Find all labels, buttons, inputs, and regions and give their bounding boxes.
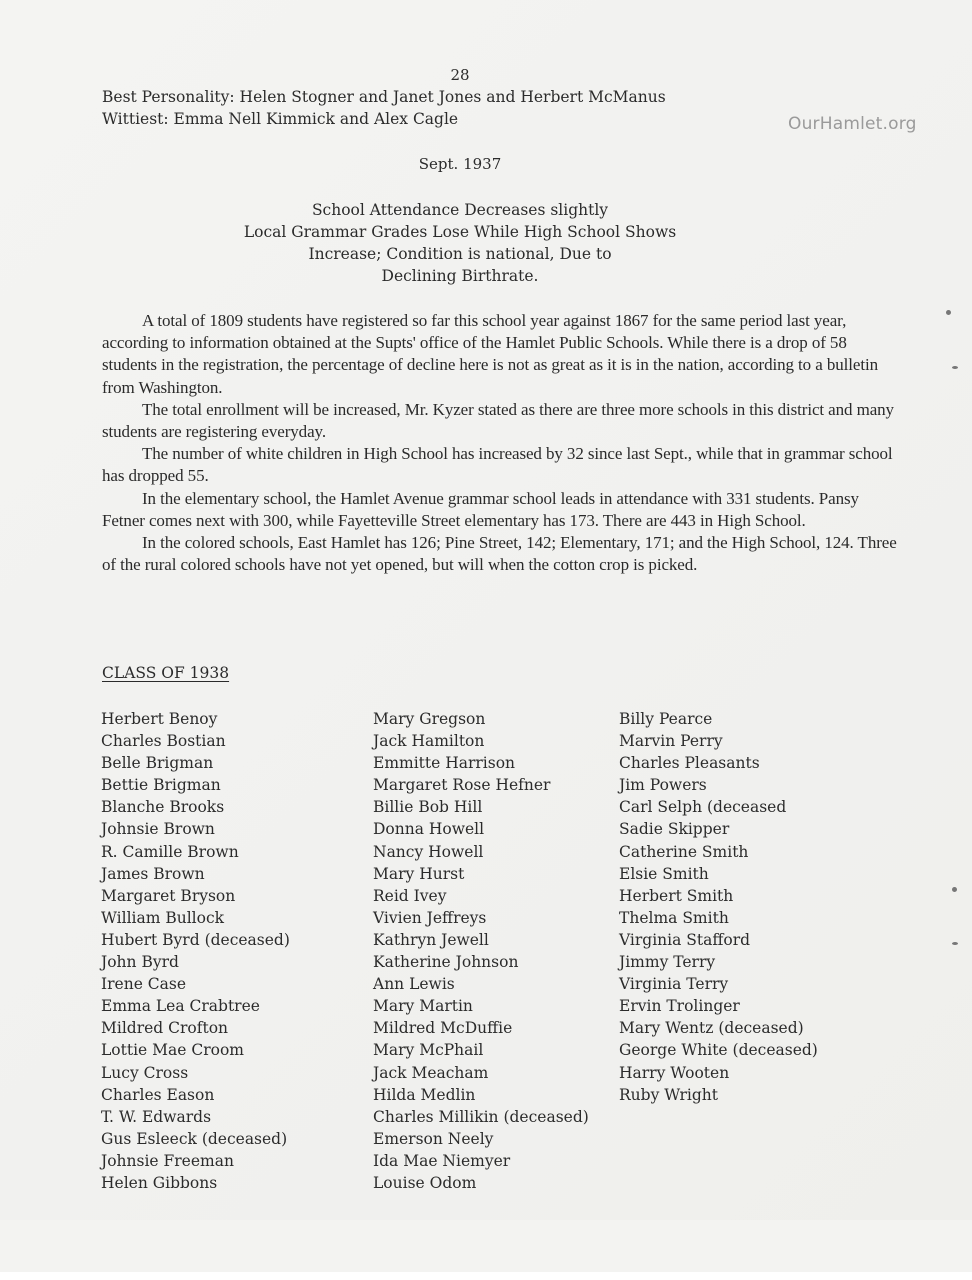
class-member-name: Billy Pearce — [619, 708, 818, 730]
class-member-name: Emerson Neely — [373, 1128, 589, 1150]
class-member-name: Ida Mae Niemyer — [373, 1150, 589, 1172]
class-member-name: Herbert Smith — [619, 885, 818, 907]
class-member-name: Carl Selph (deceased — [619, 796, 818, 818]
class-member-name: Lucy Cross — [101, 1062, 290, 1084]
class-list-column-2: Mary GregsonJack HamiltonEmmitte Harriso… — [373, 708, 589, 1194]
class-member-name: Virginia Stafford — [619, 929, 818, 951]
class-member-name: Charles Pleasants — [619, 752, 818, 774]
class-member-name: George White (deceased) — [619, 1039, 818, 1061]
headline-line: Declining Birthrate. — [200, 265, 720, 287]
class-member-name: Helen Gibbons — [101, 1172, 290, 1194]
article-body: A total of 1809 students have registered… — [102, 310, 902, 576]
headline-line: Increase; Condition is national, Due to — [200, 243, 720, 265]
class-member-name: Billie Bob Hill — [373, 796, 589, 818]
class-member-name: John Byrd — [101, 951, 290, 973]
class-member-name: Marvin Perry — [619, 730, 818, 752]
class-member-name: Mildred McDuffie — [373, 1017, 589, 1039]
class-member-name: Jack Meacham — [373, 1062, 589, 1084]
class-member-name: Mary Hurst — [373, 863, 589, 885]
class-member-name: Ervin Trolinger — [619, 995, 818, 1017]
class-member-name: Harry Wooten — [619, 1062, 818, 1084]
watermark: OurHamlet.org — [788, 114, 917, 134]
award-best-personality: Best Personality: Helen Stogner and Jane… — [102, 88, 666, 106]
class-member-name: Bettie Brigman — [101, 774, 290, 796]
class-member-name: Johnsie Freeman — [101, 1150, 290, 1172]
class-member-name: Irene Case — [101, 973, 290, 995]
class-member-name: Charles Bostian — [101, 730, 290, 752]
class-member-name: Hilda Medlin — [373, 1084, 589, 1106]
class-member-name: Catherine Smith — [619, 841, 818, 863]
class-member-name: William Bullock — [101, 907, 290, 929]
class-member-name: Katherine Johnson — [373, 951, 589, 973]
class-member-name: Donna Howell — [373, 818, 589, 840]
class-member-name: Mary Wentz (deceased) — [619, 1017, 818, 1039]
class-list-heading: CLASS OF 1938 — [102, 664, 229, 682]
binder-hole-mark — [952, 887, 957, 892]
class-member-name: Jack Hamilton — [373, 730, 589, 752]
class-member-name: James Brown — [101, 863, 290, 885]
class-member-name: Margaret Bryson — [101, 885, 290, 907]
class-member-name: Elsie Smith — [619, 863, 818, 885]
class-list-column-1: Herbert BenoyCharles BostianBelle Brigma… — [101, 708, 290, 1194]
headline-line: School Attendance Decreases slightly — [200, 199, 720, 221]
class-member-name: Ruby Wright — [619, 1084, 818, 1106]
page-number: 28 — [0, 66, 920, 84]
class-member-name: Mary Martin — [373, 995, 589, 1017]
class-member-name: Reid Ivey — [373, 885, 589, 907]
award-wittiest: Wittiest: Emma Nell Kimmick and Alex Cag… — [102, 110, 458, 128]
class-member-name: Mary Gregson — [373, 708, 589, 730]
class-member-name: Louise Odom — [373, 1172, 589, 1194]
class-member-name: Gus Esleeck (deceased) — [101, 1128, 290, 1150]
class-member-name: Emmitte Harrison — [373, 752, 589, 774]
headline-line: Local Grammar Grades Lose While High Sch… — [200, 221, 720, 243]
class-member-name: Mildred Crofton — [101, 1017, 290, 1039]
binder-hole-mark — [952, 366, 958, 369]
class-list-column-3: Billy PearceMarvin PerryCharles Pleasant… — [619, 708, 818, 1106]
class-member-name: Johnsie Brown — [101, 818, 290, 840]
class-member-name: Thelma Smith — [619, 907, 818, 929]
class-member-name: Mary McPhail — [373, 1039, 589, 1061]
class-member-name: Margaret Rose Hefner — [373, 774, 589, 796]
class-member-name: Herbert Benoy — [101, 708, 290, 730]
class-member-name: Lottie Mae Croom — [101, 1039, 290, 1061]
article-headline: School Attendance Decreases slightly Loc… — [200, 199, 720, 287]
article-paragraph: The number of white children in High Sch… — [102, 443, 902, 487]
scanned-page: 28 OurHamlet.org Best Personality: Helen… — [0, 0, 972, 1220]
article-paragraph: In the colored schools, East Hamlet has … — [102, 532, 902, 576]
class-member-name: Charles Millikin (deceased) — [373, 1106, 589, 1128]
class-member-name: Belle Brigman — [101, 752, 290, 774]
class-member-name: Jimmy Terry — [619, 951, 818, 973]
scan-edge — [0, 1272, 972, 1280]
class-member-name: T. W. Edwards — [101, 1106, 290, 1128]
class-member-name: Sadie Skipper — [619, 818, 818, 840]
article-paragraph: In the elementary school, the Hamlet Ave… — [102, 488, 902, 532]
article-paragraph: The total enrollment will be increased, … — [102, 399, 902, 443]
class-member-name: Vivien Jeffreys — [373, 907, 589, 929]
class-member-name: Blanche Brooks — [101, 796, 290, 818]
class-member-name: Jim Powers — [619, 774, 818, 796]
class-member-name: Nancy Howell — [373, 841, 589, 863]
article-paragraph: A total of 1809 students have registered… — [102, 310, 902, 399]
class-member-name: Kathryn Jewell — [373, 929, 589, 951]
class-member-name: R. Camille Brown — [101, 841, 290, 863]
class-member-name: Virginia Terry — [619, 973, 818, 995]
binder-hole-mark — [952, 942, 958, 945]
class-member-name: Emma Lea Crabtree — [101, 995, 290, 1017]
class-member-name: Ann Lewis — [373, 973, 589, 995]
class-member-name: Hubert Byrd (deceased) — [101, 929, 290, 951]
class-member-name: Charles Eason — [101, 1084, 290, 1106]
binder-hole-mark — [946, 310, 951, 315]
article-date: Sept. 1937 — [0, 155, 920, 173]
